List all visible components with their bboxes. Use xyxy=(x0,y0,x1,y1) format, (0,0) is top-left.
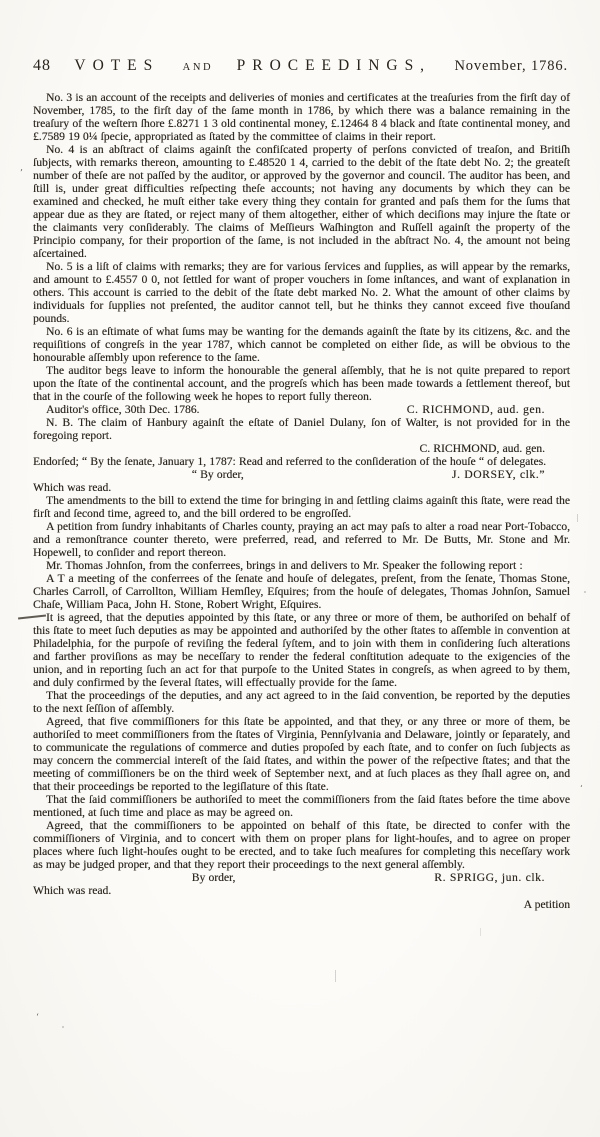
scan-artifact xyxy=(352,500,353,510)
paragraph-auditor-note: The auditor begs leave to inform the hon… xyxy=(33,364,570,403)
header-title-and: AND xyxy=(183,62,214,73)
scan-artifact xyxy=(335,970,336,982)
scan-artifact xyxy=(577,514,578,522)
line-right-text: R. SPRIGG, jun. clk. xyxy=(434,871,545,884)
paragraph-no-5: No. 5 is a liſt of claims with remarks; … xyxy=(33,260,570,325)
pen-mark xyxy=(18,615,46,619)
page-number: 48 xyxy=(33,57,51,75)
block-text: That the proceedings of the deputies, an… xyxy=(33,689,570,715)
line-left-text: By order, xyxy=(192,871,236,884)
page-content: 48 VOTES AND PROCEEDINGS, November, 1786… xyxy=(33,57,570,911)
paragraph-nota-bene: N. B. The claim of Hanbury againſt the e… xyxy=(33,416,570,442)
sprigg-signature-line: By order,R. SPRIGG, jun. clk. xyxy=(33,871,570,884)
auditor-office-signature-line: Auditor's office, 30th Dec. 1786.C. RICH… xyxy=(33,403,570,416)
block-text: Agreed, that the commiſſioners to be app… xyxy=(33,819,570,871)
block-text: Which was read. xyxy=(33,884,111,897)
scan-artifact xyxy=(584,591,586,593)
block-text: Endorſed; “ By the ſenate, January 1, 17… xyxy=(33,455,546,468)
block-text: A petition xyxy=(524,898,570,911)
catchword: A petition xyxy=(33,898,570,911)
paragraph-endorsement: Endorſed; “ By the ſenate, January 1, 17… xyxy=(33,455,570,468)
paragraph-no-3: No. 3 is an account of the receipts and … xyxy=(33,91,570,143)
block-text: Which was read. xyxy=(33,481,111,494)
paragraph-five-commissioners: Agreed, that five commiſſioners for this… xyxy=(33,715,570,793)
block-text: No. 5 is a liſt of claims with remarks; … xyxy=(33,260,570,325)
block-text: The auditor begs leave to inform the hon… xyxy=(33,364,570,403)
line-left-text: “ By order, xyxy=(192,468,244,481)
scan-artifact: ‘ xyxy=(36,1014,39,1023)
paragraph-deputies-agreement: It is agreed, that the deputies appointe… xyxy=(33,611,570,689)
paragraph-commissioners-meet-before: That the ſaid commiſſioners be authoriſe… xyxy=(33,793,570,819)
which-was-read-line-2: Which was read. xyxy=(33,884,570,897)
block-text: A T a meeting of the conferrees of the ſ… xyxy=(33,572,570,611)
paragraph-amendments-bill: The amendments to the bill to extend the… xyxy=(33,494,570,520)
block-text: No. 3 is an account of the receipts and … xyxy=(33,91,570,143)
block-text: Agreed, that five commiſſioners for this… xyxy=(33,715,570,793)
document-body: No. 3 is an account of the receipts and … xyxy=(33,91,570,911)
block-text: Mr. Thomas Johnſon, from the conferrees,… xyxy=(46,559,523,572)
block-text: C. RICHMOND, aud. gen. xyxy=(419,442,545,455)
scan-artifact: ‘ xyxy=(580,785,583,793)
paragraph-johnson-report-intro: Mr. Thomas Johnſon, from the conferrees,… xyxy=(33,559,570,572)
scan-artifact: ’ xyxy=(20,170,23,179)
paragraph-conferrees-meeting: A T a meeting of the conferrees of the ſ… xyxy=(33,572,570,611)
block-text: A petition from ſundry inhabitants of Ch… xyxy=(33,520,570,559)
line-right-text: J. DORSEY, clk.” xyxy=(452,468,545,481)
header-title-votes: VOTES xyxy=(74,57,159,75)
block-text: It is agreed, that the deputies appointe… xyxy=(33,611,570,689)
scan-artifact xyxy=(62,1026,64,1028)
line-left-text: Auditor's office, 30th Dec. 1786. xyxy=(33,403,199,416)
scan-artifact xyxy=(480,928,481,936)
header-title-proceedings: PROCEEDINGS, xyxy=(237,57,431,75)
paragraph-no-6: No. 6 is an eſtimate of what ſums may be… xyxy=(33,325,570,364)
paragraph-no-4: No. 4 is an abſtract of claims againſt t… xyxy=(33,143,570,260)
block-text: No. 6 is an eſtimate of what ſums may be… xyxy=(33,325,570,364)
block-text: N. B. The claim of Hanbury againſt the e… xyxy=(33,416,570,442)
block-text: That the ſaid commiſſioners be authoriſe… xyxy=(33,793,570,819)
header-issue-date: November, 1786. xyxy=(454,58,568,75)
richmond-signature-line: C. RICHMOND, aud. gen. xyxy=(33,442,570,455)
block-text: No. 4 is an abſtract of claims againſt t… xyxy=(33,143,570,260)
running-header: 48 VOTES AND PROCEEDINGS, November, 1786… xyxy=(33,57,568,75)
line-right-text: C. RICHMOND, aud. gen. xyxy=(407,403,545,416)
paragraph-proceedings-reported: That the proceedings of the deputies, an… xyxy=(33,689,570,715)
dorsey-signature-line: “ By order,J. DORSEY, clk.” xyxy=(33,468,570,481)
scanned-document-page: 48 VOTES AND PROCEEDINGS, November, 1786… xyxy=(0,0,600,1137)
block-text: The amendments to the bill to extend the… xyxy=(33,494,570,520)
paragraph-charles-county-petition: A petition from ſundry inhabitants of Ch… xyxy=(33,520,570,559)
paragraph-lighthouses: Agreed, that the commiſſioners to be app… xyxy=(33,819,570,871)
which-was-read-line-1: Which was read. xyxy=(33,481,570,494)
